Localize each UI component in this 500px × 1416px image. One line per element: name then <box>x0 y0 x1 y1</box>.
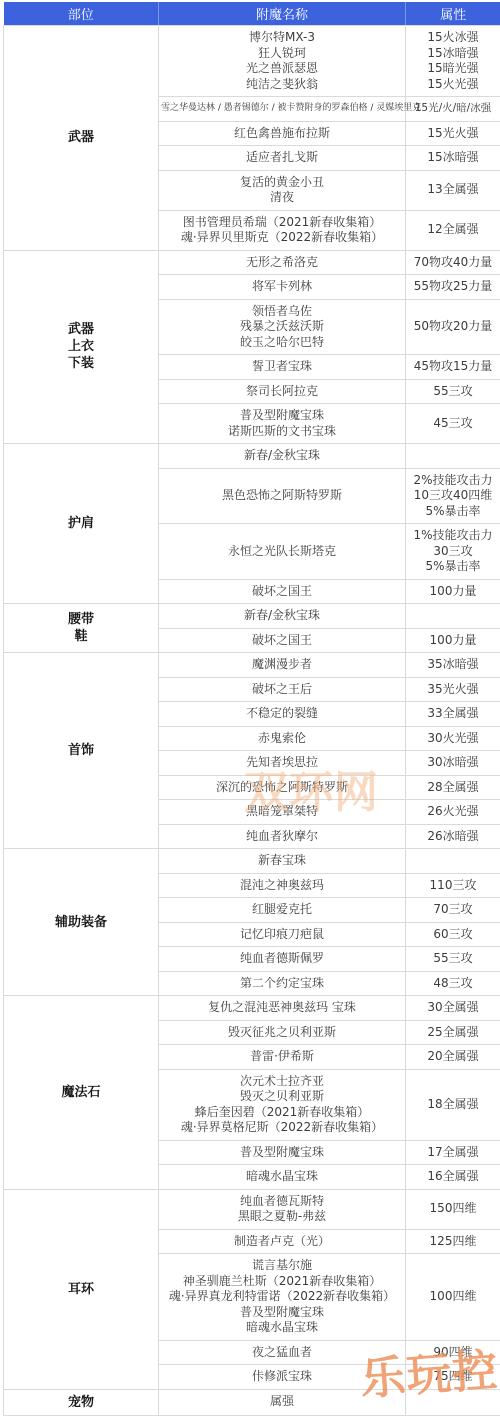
attribute-cell <box>406 1389 500 1415</box>
attribute-value: 15暗光强 <box>408 61 498 77</box>
enchant-name-cell: 普及型附魔宝珠诺斯匹斯的文书宝珠 <box>159 404 406 444</box>
part-label: 宠物 <box>6 1394 156 1411</box>
enchant-name: 雪之华曼达林 / 愚者锡德尔 / 被卡赞附身的罗森伯格 / 灵媒埃里克 <box>161 101 403 117</box>
enchant-name-cell: 破坏之国王 <box>159 579 406 604</box>
attribute-value: 110三攻 <box>408 878 498 894</box>
attribute-cell: 35冰暗强 <box>406 653 500 678</box>
enchant-name: 领悟者乌佐 <box>161 304 403 320</box>
enchant-name: 图书管理员希瑞（2021新春收集箱） <box>161 215 403 231</box>
attribute-cell: 55三攻 <box>406 947 500 972</box>
enchant-name: 毁灭征兆之贝利亚斯 <box>161 1025 403 1041</box>
enchant-name: 誓卫者宝珠 <box>161 359 403 375</box>
enchant-name: 普雷·伊希斯 <box>161 1049 403 1065</box>
attribute-cell: 26火光强 <box>406 800 500 825</box>
enchant-name-cell: 无形之希洛克 <box>159 250 406 275</box>
attribute-cell: 48三攻 <box>406 971 500 996</box>
enchant-name: 黑眼之夏勒-弗兹 <box>161 1209 403 1225</box>
enchant-name: 制造者卢克（光） <box>161 1234 403 1250</box>
attribute-cell: 26冰暗强 <box>406 824 500 849</box>
enchant-name-cell: 红腿爱克托 <box>159 898 406 923</box>
enchant-name: 纯洁之斐狄翁 <box>161 77 403 93</box>
enchant-name-cell: 不稳定的裂缝 <box>159 702 406 727</box>
enchant-name: 魔渊漫步者 <box>161 657 403 673</box>
attribute-cell: 100四维 <box>406 1254 500 1341</box>
enchant-name-cell: 谎言基尔施神圣驯鹿兰杜斯（2021新春收集箱）魂·异界真龙利特雷诺（2022新春… <box>159 1254 406 1341</box>
attribute-cell: 50物攻20力量 <box>406 299 500 355</box>
attribute-cell: 15火冰强15冰暗强15暗光强15火光强 <box>406 26 500 97</box>
attribute-value: 26火光强 <box>408 804 498 820</box>
enchant-name-cell: 将军卡列林 <box>159 275 406 300</box>
enchant-name: 残暴之沃兹沃斯 <box>161 319 403 335</box>
attribute-cell: 18全属强 <box>406 1069 500 1140</box>
enchant-name: 博尔特MX-3 <box>161 30 403 46</box>
enchant-name-cell: 永恒之光队长斯塔克 <box>159 524 406 580</box>
enchant-name: 适应者扎戈斯 <box>161 150 403 166</box>
enchant-name: 普及型附魔宝珠 <box>161 1305 403 1321</box>
enchant-name-cell: 制造者卢克（光） <box>159 1229 406 1254</box>
attribute-value: 30三攻 <box>408 544 498 560</box>
enchant-name-cell: 纯血者德斯佩罗 <box>159 947 406 972</box>
enchant-name-cell: 适应者扎戈斯 <box>159 146 406 171</box>
enchant-name-cell: 复仇之混沌恶神奥兹玛 宝珠 <box>159 996 406 1021</box>
attribute-value: 15冰暗强 <box>408 46 498 62</box>
enchant-name: 暗魂水晶宝珠 <box>161 1320 403 1336</box>
enchant-name-cell: 红色禽兽施布拉斯 <box>159 121 406 146</box>
enchant-name-cell: 佧修派宝珠 <box>159 1365 406 1390</box>
attribute-value: 16全属强 <box>408 1169 498 1185</box>
enchant-name-cell: 夜之猛血者 <box>159 1340 406 1365</box>
attribute-value: 100四维 <box>408 1289 498 1305</box>
part-label: 上衣 <box>6 338 156 355</box>
enchant-name-cell: 普及型附魔宝珠 <box>159 1140 406 1165</box>
enchant-name-cell: 毁灭征兆之贝利亚斯 <box>159 1020 406 1045</box>
attribute-cell <box>406 444 500 469</box>
part-label: 武器 <box>6 129 156 146</box>
enchant-name: 清夜 <box>161 190 403 206</box>
enchant-name: 狂人锐珂 <box>161 46 403 62</box>
attribute-cell: 1%技能攻击力30三攻5%暴击率 <box>406 524 500 580</box>
table-row: 魔法石复仇之混沌恶神奥兹玛 宝珠30全属强 <box>4 996 500 1021</box>
enchant-name: 红色禽兽施布拉斯 <box>161 126 403 142</box>
attribute-value: 75四维 <box>408 1369 498 1385</box>
enchant-name: 新春/金秋宝珠 <box>161 448 403 464</box>
attribute-cell: 45三攻 <box>406 404 500 444</box>
enchant-name-cell: 第二个约定宝珠 <box>159 971 406 996</box>
attribute-value: 150四维 <box>408 1201 498 1217</box>
enchant-name: 纯血者狄摩尔 <box>161 829 403 845</box>
column-header-0: 部位 <box>4 2 159 26</box>
attribute-value: 48三攻 <box>408 976 498 992</box>
part-label: 护肩 <box>6 515 156 532</box>
attribute-cell: 150四维 <box>406 1189 500 1229</box>
attribute-value: 12全属强 <box>408 222 498 238</box>
table-row: 耳环纯血者德瓦斯特黑眼之夏勒-弗兹150四维 <box>4 1189 500 1229</box>
part-label: 鞋 <box>6 628 156 645</box>
attribute-value: 15冰暗强 <box>408 150 498 166</box>
attribute-cell: 90四维 <box>406 1340 500 1365</box>
attribute-cell: 16全属强 <box>406 1165 500 1190</box>
part-label: 耳环 <box>6 1281 156 1298</box>
enchant-name: 破坏之国王 <box>161 584 403 600</box>
enchant-name: 复活的黄金小丑 <box>161 175 403 191</box>
enchant-name: 属强 <box>161 1394 403 1410</box>
enchant-name-cell: 纯血者狄摩尔 <box>159 824 406 849</box>
enchant-name: 复仇之混沌恶神奥兹玛 宝珠 <box>161 1000 403 1016</box>
enchant-name-cell: 纯血者德瓦斯特黑眼之夏勒-弗兹 <box>159 1189 406 1229</box>
part-cell: 宠物 <box>4 1389 159 1415</box>
attribute-value: 70三攻 <box>408 902 498 918</box>
attribute-cell: 75四维 <box>406 1365 500 1390</box>
attribute-cell: 15光/火/暗/冰强 <box>406 97 500 122</box>
attribute-cell: 12全属强 <box>406 210 500 250</box>
enchant-name-cell: 誓卫者宝珠 <box>159 355 406 380</box>
table-row: 首饰魔渊漫步者35冰暗强 <box>4 653 500 678</box>
part-cell: 耳环 <box>4 1189 159 1389</box>
enchant-name: 魂·异界莫格尼斯（2022新春收集箱） <box>161 1120 403 1136</box>
enchant-name: 祭司长阿拉克 <box>161 384 403 400</box>
attribute-cell <box>406 604 500 629</box>
part-label: 下装 <box>6 355 156 372</box>
table-header-row: 部位附魔名称属性 <box>4 2 500 26</box>
attribute-value: 15光/火/暗/冰强 <box>408 101 498 117</box>
part-cell: 魔法石 <box>4 996 159 1190</box>
attribute-value: 100力量 <box>408 584 498 600</box>
attribute-value: 20全属强 <box>408 1049 498 1065</box>
attribute-cell: 110三攻 <box>406 873 500 898</box>
attribute-value: 15光火强 <box>408 126 498 142</box>
attribute-value: 45物攻15力量 <box>408 359 498 375</box>
attribute-value: 2%技能攻击力 <box>408 473 498 489</box>
enchant-name: 先知者埃思拉 <box>161 755 403 771</box>
enchant-name-cell: 复活的黄金小丑清夜 <box>159 170 406 210</box>
attribute-value: 25全属强 <box>408 1025 498 1041</box>
enchant-name: 纯血者德瓦斯特 <box>161 1194 403 1210</box>
enchant-name: 混沌之神奥兹玛 <box>161 878 403 894</box>
attribute-cell <box>406 849 500 874</box>
attribute-value: 10三攻40四维 <box>408 488 498 504</box>
attribute-cell: 13全属强 <box>406 170 500 210</box>
table-body: 武器博尔特MX-3狂人锐珂光之兽派瑟恩纯洁之斐狄翁15火冰强15冰暗强15暗光强… <box>4 26 500 1416</box>
table-row: 宠物属强 <box>4 1389 500 1415</box>
attribute-cell: 33全属强 <box>406 702 500 727</box>
enchant-name: 第二个约定宝珠 <box>161 976 403 992</box>
attribute-value: 26冰暗强 <box>408 829 498 845</box>
enchant-name-cell: 新春宝珠 <box>159 849 406 874</box>
attribute-value: 90四维 <box>408 1345 498 1361</box>
enchant-name: 黑色恐怖之阿斯特罗斯 <box>161 488 403 504</box>
attribute-cell: 55三攻 <box>406 379 500 404</box>
part-label: 辅助装备 <box>6 914 156 931</box>
attribute-value: 100力量 <box>408 633 498 649</box>
enchant-name-cell: 深沉的恐怖之阿斯特罗斯 <box>159 775 406 800</box>
enchant-name-cell: 混沌之神奥兹玛 <box>159 873 406 898</box>
attribute-cell: 70物攻40力量 <box>406 250 500 275</box>
enchant-name-cell: 普雷·伊希斯 <box>159 1045 406 1070</box>
enchant-name: 新春/金秋宝珠 <box>161 608 403 624</box>
attribute-cell: 125四维 <box>406 1229 500 1254</box>
column-headers: 部位附魔名称属性 <box>4 2 500 26</box>
enchant-name: 记忆印痕刀疤鼠 <box>161 927 403 943</box>
attribute-cell: 45物攻15力量 <box>406 355 500 380</box>
enchant-name: 次元术士拉齐亚 <box>161 1074 403 1090</box>
attribute-value: 125四维 <box>408 1234 498 1250</box>
attribute-cell: 25全属强 <box>406 1020 500 1045</box>
table-row: 武器博尔特MX-3狂人锐珂光之兽派瑟恩纯洁之斐狄翁15火冰强15冰暗强15暗光强… <box>4 26 500 97</box>
part-cell: 武器 <box>4 26 159 251</box>
enchant-name: 赤鬼索伦 <box>161 731 403 747</box>
enchant-guide-page: 部位附魔名称属性 武器博尔特MX-3狂人锐珂光之兽派瑟恩纯洁之斐狄翁15火冰强1… <box>0 0 500 1416</box>
enchant-name-cell: 黑暗笼罩桀特 <box>159 800 406 825</box>
part-cell: 辅助装备 <box>4 849 159 996</box>
enchant-name-cell: 赤鬼索伦 <box>159 726 406 751</box>
enchant-name: 蜂后奎因碧（2021新春收集箱） <box>161 1105 403 1121</box>
enchant-name: 谎言基尔施 <box>161 1258 403 1274</box>
attribute-cell: 17全属强 <box>406 1140 500 1165</box>
enchant-name: 无形之希洛克 <box>161 255 403 271</box>
attribute-value: 55物攻25力量 <box>408 279 498 295</box>
attribute-value: 15火光强 <box>408 77 498 93</box>
attribute-value: 70物攻40力量 <box>408 255 498 271</box>
attribute-cell: 28全属强 <box>406 775 500 800</box>
attribute-value: 1%技能攻击力 <box>408 528 498 544</box>
enchant-name-cell: 次元术士拉齐亚毁灭之贝利亚斯蜂后奎因碧（2021新春收集箱）魂·异界莫格尼斯（2… <box>159 1069 406 1140</box>
part-label: 腰带 <box>6 611 156 628</box>
enchant-name-cell: 黑色恐怖之阿斯特罗斯 <box>159 468 406 524</box>
part-label: 首饰 <box>6 742 156 759</box>
table-row: 护肩新春/金秋宝珠 <box>4 444 500 469</box>
part-cell: 腰带鞋 <box>4 604 159 653</box>
enchant-name: 永恒之光队长斯塔克 <box>161 544 403 560</box>
attribute-cell: 55物攻25力量 <box>406 275 500 300</box>
attribute-value: 28全属强 <box>408 780 498 796</box>
attribute-value: 35光火强 <box>408 682 498 698</box>
attribute-value: 18全属强 <box>408 1097 498 1113</box>
part-cell: 武器上衣下装 <box>4 250 159 444</box>
attribute-value: 33全属强 <box>408 706 498 722</box>
attribute-value: 30全属强 <box>408 1000 498 1016</box>
enchant-name-cell: 新春/金秋宝珠 <box>159 444 406 469</box>
enchant-name: 魂·异界贝里斯克（2022新春收集箱） <box>161 230 403 246</box>
enchant-name: 红腿爱克托 <box>161 902 403 918</box>
enchant-name-cell: 暗魂水晶宝珠 <box>159 1165 406 1190</box>
table-row: 武器上衣下装无形之希洛克70物攻40力量 <box>4 250 500 275</box>
enchant-name-cell: 祭司长阿拉克 <box>159 379 406 404</box>
table-row: 腰带鞋新春/金秋宝珠 <box>4 604 500 629</box>
enchant-name: 破坏之国王 <box>161 633 403 649</box>
enchant-name: 暗魂水晶宝珠 <box>161 1169 403 1185</box>
attribute-cell: 70三攻 <box>406 898 500 923</box>
attribute-cell: 2%技能攻击力10三攻40四维5%暴击率 <box>406 468 500 524</box>
enchant-name: 黑暗笼罩桀特 <box>161 804 403 820</box>
enchant-name-cell: 新春/金秋宝珠 <box>159 604 406 629</box>
table-row: 辅助装备新春宝珠 <box>4 849 500 874</box>
attribute-cell: 15冰暗强 <box>406 146 500 171</box>
attribute-cell: 30全属强 <box>406 996 500 1021</box>
attribute-cell: 100力量 <box>406 628 500 653</box>
attribute-value: 55三攻 <box>408 384 498 400</box>
column-header-1: 附魔名称 <box>159 2 406 26</box>
attribute-cell: 30冰暗强 <box>406 751 500 776</box>
attribute-value: 60三攻 <box>408 927 498 943</box>
part-label: 魔法石 <box>6 1084 156 1101</box>
attribute-cell: 60三攻 <box>406 922 500 947</box>
enchant-name: 不稳定的裂缝 <box>161 706 403 722</box>
enchant-name-cell: 魔渊漫步者 <box>159 653 406 678</box>
enchant-name-cell: 雪之华曼达林 / 愚者锡德尔 / 被卡赞附身的罗森伯格 / 灵媒埃里克 <box>159 97 406 122</box>
part-cell: 首饰 <box>4 653 159 849</box>
attribute-value: 30火光强 <box>408 731 498 747</box>
attribute-value: 50物攻20力量 <box>408 319 498 335</box>
enchant-name: 深沉的恐怖之阿斯特罗斯 <box>161 780 403 796</box>
enchant-name-cell: 领悟者乌佐残暴之沃兹沃斯皎玉之哈尔巴特 <box>159 299 406 355</box>
enchant-name: 新春宝珠 <box>161 853 403 869</box>
enchant-table: 部位附魔名称属性 武器博尔特MX-3狂人锐珂光之兽派瑟恩纯洁之斐狄翁15火冰强1… <box>3 2 500 1416</box>
enchant-name: 神圣驯鹿兰杜斯（2021新春收集箱） <box>161 1274 403 1290</box>
attribute-value: 17全属强 <box>408 1145 498 1161</box>
enchant-name: 普及型附魔宝珠 <box>161 408 403 424</box>
enchant-name: 纯血者德斯佩罗 <box>161 951 403 967</box>
enchant-name-cell: 博尔特MX-3狂人锐珂光之兽派瑟恩纯洁之斐狄翁 <box>159 26 406 97</box>
attribute-value: 55三攻 <box>408 951 498 967</box>
attribute-value: 30冰暗强 <box>408 755 498 771</box>
enchant-name: 普及型附魔宝珠 <box>161 1145 403 1161</box>
enchant-name: 皎玉之哈尔巴特 <box>161 335 403 351</box>
attribute-value: 35冰暗强 <box>408 657 498 673</box>
enchant-name-cell: 记忆印痕刀疤鼠 <box>159 922 406 947</box>
attribute-value: 13全属强 <box>408 182 498 198</box>
attribute-value: 45三攻 <box>408 416 498 432</box>
part-cell: 护肩 <box>4 444 159 604</box>
enchant-name-cell: 破坏之王后 <box>159 677 406 702</box>
attribute-cell: 35光火强 <box>406 677 500 702</box>
enchant-name-cell: 破坏之国王 <box>159 628 406 653</box>
enchant-name: 毁灭之贝利亚斯 <box>161 1089 403 1105</box>
attribute-cell: 30火光强 <box>406 726 500 751</box>
attribute-value: 15火冰强 <box>408 30 498 46</box>
enchant-name: 夜之猛血者 <box>161 1345 403 1361</box>
enchant-name: 破坏之王后 <box>161 682 403 698</box>
enchant-name: 光之兽派瑟恩 <box>161 61 403 77</box>
attribute-cell: 15光火强 <box>406 121 500 146</box>
enchant-name: 诺斯匹斯的文书宝珠 <box>161 424 403 440</box>
enchant-name-cell: 属强 <box>159 1389 406 1415</box>
attribute-cell: 20全属强 <box>406 1045 500 1070</box>
enchant-name-cell: 图书管理员希瑞（2021新春收集箱）魂·异界贝里斯克（2022新春收集箱） <box>159 210 406 250</box>
enchant-name: 魂·异界真龙利特雷诺（2022新春收集箱） <box>161 1289 403 1305</box>
enchant-name: 佧修派宝珠 <box>161 1369 403 1385</box>
enchant-name-cell: 先知者埃思拉 <box>159 751 406 776</box>
attribute-cell: 100力量 <box>406 579 500 604</box>
enchant-name: 将军卡列林 <box>161 279 403 295</box>
attribute-value: 5%暴击率 <box>408 559 498 575</box>
part-label: 武器 <box>6 321 156 338</box>
column-header-2: 属性 <box>406 2 500 26</box>
attribute-value: 5%暴击率 <box>408 504 498 520</box>
